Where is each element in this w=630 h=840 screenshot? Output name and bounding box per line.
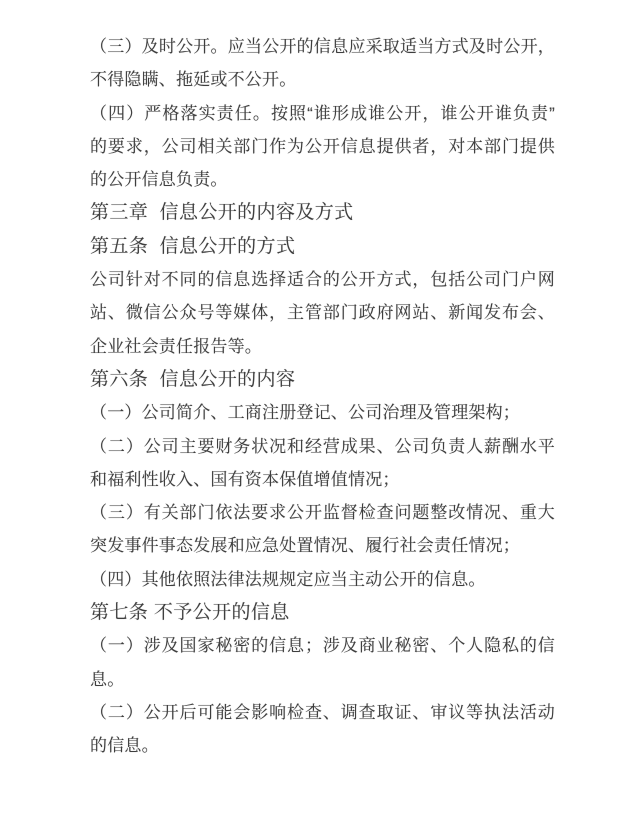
text-line: （二）公司主要财务状况和经营成果、公司负责人薪酬水平 bbox=[90, 430, 555, 463]
text-line: （三）及时公开。应当公开的信息应采取适当方式及时公开， bbox=[90, 30, 555, 63]
text-line: 息。 bbox=[90, 663, 555, 696]
text-line: 的信息。 bbox=[90, 729, 555, 762]
text-line: 突发事件事态发展和应急处置情况、履行社会责任情况； bbox=[90, 529, 555, 562]
text-line: 的要求，公司相关部门作为公开信息提供者，对本部门提供 bbox=[90, 130, 555, 163]
text-line: （四）严格落实责任。按照“谁形成谁公开，谁公开谁负责” bbox=[90, 97, 555, 130]
text-line: 第三章 信息公开的内容及方式 bbox=[90, 196, 555, 229]
text-line: 的公开信息负责。 bbox=[90, 163, 555, 196]
document-text-block: （三）及时公开。应当公开的信息应采取适当方式及时公开，不得隐瞒、拖延或不公开。（… bbox=[90, 30, 555, 763]
text-line: 和福利性收入、国有资本保值增值情况； bbox=[90, 463, 555, 496]
text-line: （一）涉及国家秘密的信息；涉及商业秘密、个人隐私的信 bbox=[90, 629, 555, 662]
text-line: 公司针对不同的信息选择适合的公开方式，包括公司门户网 bbox=[90, 263, 555, 296]
text-line: 不得隐瞒、拖延或不公开。 bbox=[90, 63, 555, 96]
text-line: 站、微信公众号等媒体，主管部门政府网站、新闻发布会、 bbox=[90, 296, 555, 329]
text-line: 企业社会责任报告等。 bbox=[90, 330, 555, 363]
text-line: （一）公司简介、工商注册登记、公司治理及管理架构； bbox=[90, 396, 555, 429]
text-line: 第五条 信息公开的方式 bbox=[90, 230, 555, 263]
text-line: （四）其他依照法律法规规定应当主动公开的信息。 bbox=[90, 563, 555, 596]
text-line: 第七条 不予公开的信息 bbox=[90, 596, 555, 629]
document-page: （三）及时公开。应当公开的信息应采取适当方式及时公开，不得隐瞒、拖延或不公开。（… bbox=[0, 0, 630, 840]
text-line: （三）有关部门依法要求公开监督检查问题整改情况、重大 bbox=[90, 496, 555, 529]
text-line: （二）公开后可能会影响检查、调查取证、审议等执法活动 bbox=[90, 696, 555, 729]
text-line: 第六条 信息公开的内容 bbox=[90, 363, 555, 396]
